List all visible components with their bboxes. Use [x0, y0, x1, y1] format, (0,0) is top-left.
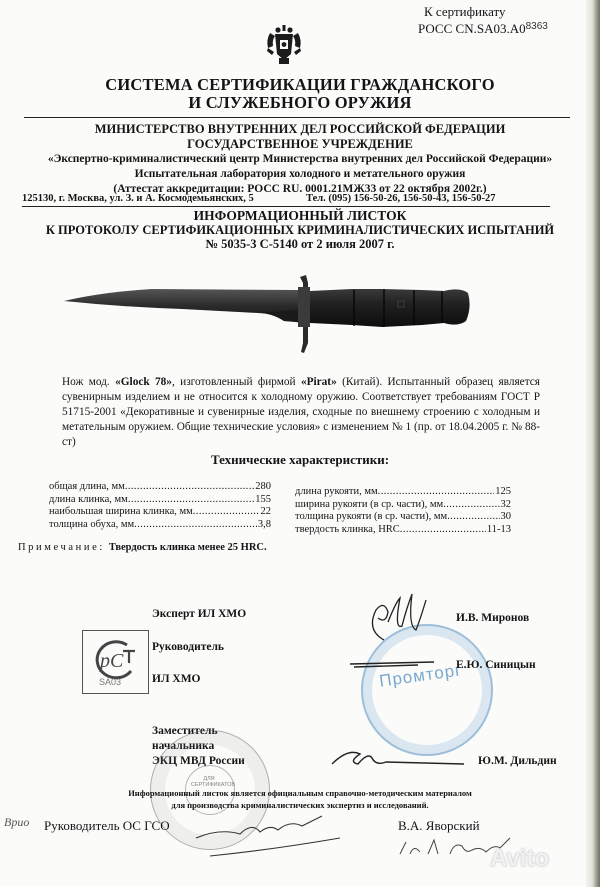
deputy-name: Ю.М. Дильдин [478, 755, 557, 767]
protocol-number: № 5035-3 С-5140 от 2 июля 2007 г. [0, 237, 600, 251]
head-label-lab: ИЛ ХМО [152, 673, 201, 685]
signature-dildin [328, 744, 468, 770]
spec-row: толщина рукояти (в ср. части), мм30 [295, 511, 511, 524]
spec-row: ширина рукояти (в ср. части), мм32 [295, 499, 511, 512]
knife-photo [62, 273, 472, 357]
divider [24, 117, 570, 118]
specs-right: длина рукояти, мм125 ширина рукояти (в с… [295, 486, 511, 536]
signature-yavorsky [190, 808, 340, 860]
address: 125130, г. Москва, ул. З. и А. Космодемь… [22, 193, 254, 204]
head-label: Руководитель [152, 641, 224, 653]
head-name: Е.Ю. Синицын [456, 659, 536, 671]
cert-ref-code: РОСС CN.SA03.А08363 [418, 19, 548, 36]
certificate-reference: К сертификату РОСС CN.SA03.А08363 [418, 4, 548, 36]
system-title: СИСТЕМА СЕРТИФИКАЦИИ ГРАЖДАНСКОГО И СЛУЖ… [0, 76, 600, 112]
spec-row: твердость клинка, HRC11-13 [295, 524, 511, 537]
spec-row: толщина обуха, мм3,8 [49, 519, 271, 532]
spec-row: длина рукояти, мм125 [295, 486, 511, 499]
cert-ref-label: К сертификату [418, 4, 548, 19]
os-head-name: В.А. Яворский [398, 818, 480, 834]
spec-row: общая длина, мм280 [49, 481, 271, 494]
info-sheet-title: ИНФОРМАЦИОННЫЙ ЛИСТОК К ПРОТОКОЛУ СЕРТИФ… [0, 209, 600, 251]
note: Примечание:Твердость клинка менее 25 HRC… [18, 542, 267, 553]
specs-left: общая длина, мм280 длина клинка, мм155 н… [49, 481, 271, 531]
phone-numbers: Тел. (095) 156-50-26, 156-50-43, 156-50-… [306, 193, 496, 204]
spec-row: наибольшая ширина клинка, мм22 [49, 506, 271, 519]
product-description: Нож мод. «Glock 78», изготовленный фирмо… [62, 375, 540, 450]
avito-watermark: Avito [490, 845, 549, 873]
rst-mark-code: SA03 [99, 677, 121, 687]
spec-row: длина клинка, мм155 [49, 494, 271, 507]
ministry-header: МИНИСТЕРСТВО ВНУТРЕННИХ ДЕЛ РОССИЙСКОЙ Ф… [0, 122, 600, 197]
divider [22, 206, 550, 207]
signature-mironov [356, 590, 436, 660]
coat-of-arms-icon [264, 24, 304, 66]
specs-title: Технические характеристики: [0, 452, 600, 468]
signature-sinitsyn [348, 658, 438, 670]
os-head-label: Руководитель ОС ГСО [44, 818, 170, 834]
handwritten-prefix: Врио [4, 815, 29, 830]
model-name: «Glock 78» [115, 376, 172, 388]
rst-certification-mark: рС SA03 [82, 630, 149, 694]
maker-name: «Pirat» [301, 376, 337, 388]
expert-label: Эксперт ИЛ ХМО [152, 608, 246, 620]
svg-text:рС: рС [98, 650, 124, 672]
expert-name: И.В. Миронов [456, 612, 529, 624]
cert-ref-number: 8363 [526, 21, 548, 32]
